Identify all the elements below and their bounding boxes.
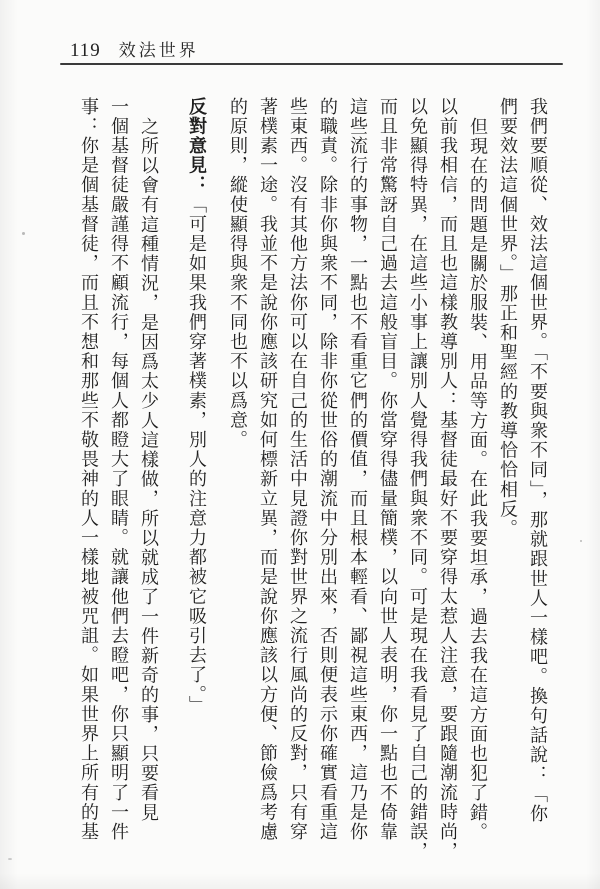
page-title: 效法世界 xyxy=(119,36,199,61)
body-text: 我們要順從、效法這個世界。「不要與衆不同」，那就跟世人一樣吧。換句話說：「你 們… xyxy=(61,97,553,875)
text-line: 些東西。沒有其他方法你可以在自己的生活中見證你對世界之流行風尚的反對，只有穿 xyxy=(283,97,313,875)
scan-speck xyxy=(580,540,582,542)
text-line: 之所以會有這種情況，是因爲太少人這樣做，所以就成了一件新奇的事，只要看見 xyxy=(134,97,164,875)
scan-speck xyxy=(8,858,12,860)
objection-label: 反對意見： xyxy=(187,97,207,195)
page-header: 119 效法世界 xyxy=(70,36,560,62)
objection-quote: 「可是如果我們穿著樸素，別人的注意力都被它吸引去了。」 xyxy=(187,195,207,715)
objection-heading-line: 反對意見：「可是如果我們穿著樸素，別人的注意力都被它吸引去了。」 xyxy=(182,97,212,875)
text-line: 們要效法這個世界。」那正和聖經的教導恰恰相反。 xyxy=(493,97,523,875)
text-line: 以免顯得特異，在這些小事上讓別人覺得我們與衆不同。可是現在我看見了自己的錯誤， xyxy=(403,97,433,875)
text-line: 的原則，縱使顯得與衆不同也不以爲意。 xyxy=(223,97,253,875)
text-line: 而且非常驚訝自己過去這般盲目。你當穿得儘量簡樸，以向世人表明，你一點也不倚靠 xyxy=(373,97,403,875)
text-line: 我們要順從、效法這個世界。「不要與衆不同」，那就跟世人一樣吧。換句話說：「你 xyxy=(523,97,553,875)
text-line: 著樸素一途。我並不是說你應該研究如何標新立異，而是說你應該以方便、節儉爲考慮 xyxy=(253,97,283,875)
text-line: 事：你是個基督徒，而且不想和那些不敬畏神的人一樣地被咒詛。如果世界上所有的基 xyxy=(74,97,104,875)
scan-speck xyxy=(22,232,25,235)
text-line: 一個基督徒嚴謹得不顧流行，每個人都瞪大了眼睛。就讓他們去瞪吧，你只顯明了一件 xyxy=(104,97,134,875)
text-line: 這些流行的事物，一點也不看重它們的價值，而且根本輕看、鄙視這些東西，這乃是你 xyxy=(343,97,373,875)
text-line: 但現在的問題是關於服裝、用品等方面。在此我要坦承，過去我在這方面也犯了錯。 xyxy=(463,97,493,875)
text-line: 的職責。除非你與衆不同，除非你從世俗的潮流中分別出來，否則便表示你確實看重這 xyxy=(313,97,343,875)
header-rule xyxy=(60,63,563,65)
page-number: 119 xyxy=(70,40,101,62)
text-line: 以前我相信，而且也這樣教導別人：基督徒最好不要穿得太惹人注意，要跟隨潮流時尚， xyxy=(433,97,463,875)
